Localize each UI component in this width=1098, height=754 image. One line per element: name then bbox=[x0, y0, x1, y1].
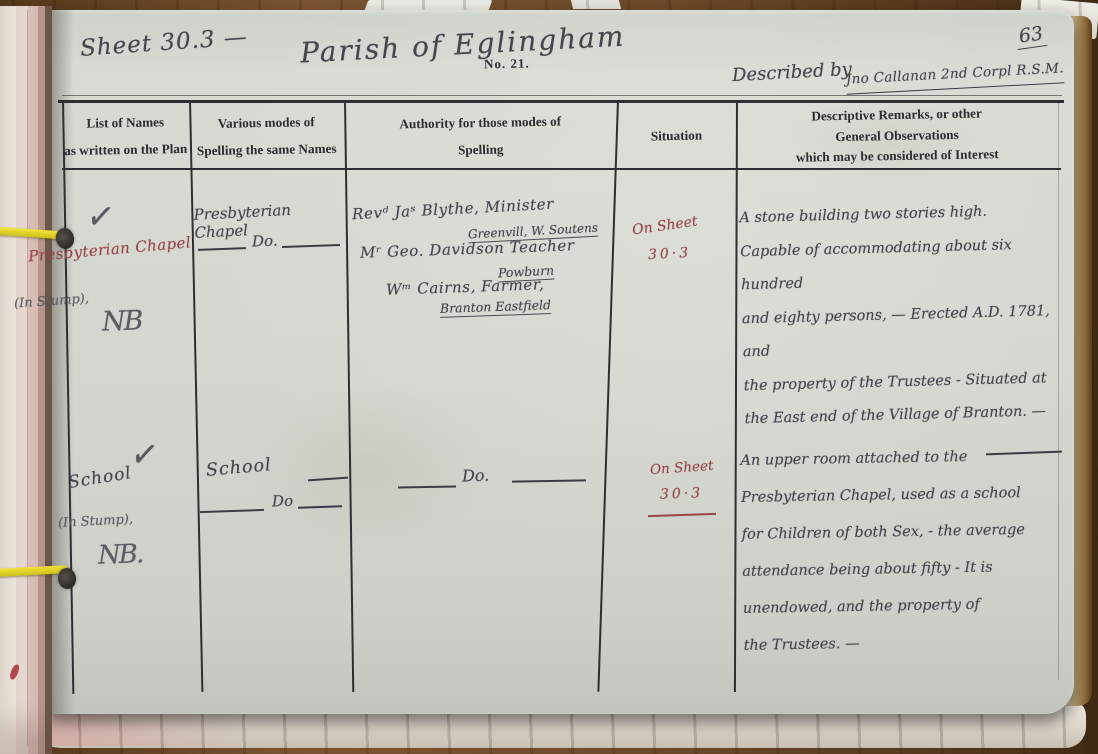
authority-ditto: Do. bbox=[462, 466, 490, 486]
table-rule-top-thin bbox=[62, 95, 1062, 96]
entry-remarks: A stone building two stories high. Capab… bbox=[739, 194, 1069, 437]
entry-spelling-ditto: Do bbox=[272, 492, 294, 511]
previous-page-edge bbox=[0, 6, 52, 754]
examiner-initials: NB bbox=[101, 305, 142, 337]
namebook-scan: Sheet 30.3 — Parish of Eglingham No. 21.… bbox=[0, 0, 1098, 754]
page-crease bbox=[27, 10, 28, 746]
paper-stain bbox=[250, 380, 490, 550]
examiner-initials: NB. bbox=[97, 539, 142, 571]
column-header-spelling-modes: Various modes of Spelling the same Names bbox=[188, 103, 344, 170]
column-header-situation: Situation bbox=[616, 103, 736, 169]
number-stamp: No. 21. bbox=[484, 56, 530, 73]
column-header-names: List of Names as written on the Plan bbox=[61, 103, 189, 169]
torn-paper-fragment bbox=[571, 0, 621, 9]
page-number: 63 bbox=[1014, 22, 1047, 50]
column-header-authority: Authority for those modes of Spelling bbox=[343, 102, 617, 171]
entry-spelling-ditto: Do. bbox=[252, 232, 278, 251]
column-header-remarks: Descriptive Remarks, or other General Ob… bbox=[735, 101, 1058, 171]
entry-remarks: An upper room attached to the Presbyteri… bbox=[740, 437, 1076, 665]
situation-sheet-number: 30·3 bbox=[660, 485, 704, 502]
situation-sheet-number: 30·3 bbox=[648, 245, 692, 263]
